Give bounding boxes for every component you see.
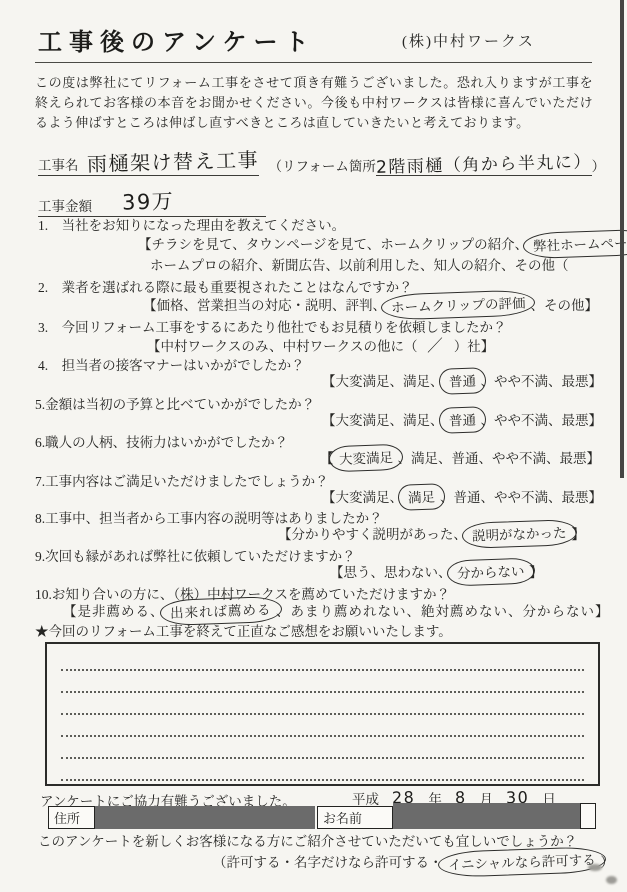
q9-options-pre: 【思う、思わない、 [330,565,452,580]
q6-options-post: 、満足、普通、やや不満、最悪】 [398,451,601,466]
question-9-options: 【思う、思わない、分からない】 [330,561,543,583]
question-10-options: 【是非薦める、出来れば薦める、あまり薦めれない、絶対薦めない、分からない】 [63,600,610,622]
scan-smudge-artifact [606,876,617,884]
q5-selected-answer: 普通 [438,406,486,434]
date-era: 平成 [352,788,379,808]
survey-document: 工事後のアンケート (株)中村ワークス この度は弊社にてリフォーム工事をさせて頂… [0,0,627,892]
q7-options-post: 、普通、やや不満、最悪】 [440,490,602,505]
work-name-row: 工事名 雨樋架け替え工事 （リフォーム箇所 2階雨樋（角から半丸に） ） [38,146,605,176]
scan-edge-artifact [620,0,624,478]
q8-options-pre: 【分かりやすく説明があった、 [278,527,467,542]
q8-selected-answer: 説明がなかった [461,519,576,549]
page-title: 工事後のアンケート [38,22,316,57]
company-name: (株)中村ワークス [402,30,535,51]
question-1-options-line1: 【チラシを見て、タウンページを見て、ホームクリップの紹介、弊社ホームページ [138,233,627,255]
q4-options-pre: 【大変満足、満足、 [322,374,444,389]
q3-options-pre: 【中村ワークスのみ、中村ワークスの他に（ [147,339,418,354]
q3-options-post: ）社】 [454,339,495,354]
question-9: 9.次回も縁があれば弊社に依頼していただけますか？ [35,545,356,565]
comment-ruled-line [61,715,584,737]
question-1: 1. 当社をお知りになった理由を教えてください。 [38,214,345,234]
reform-location-label: （リフォーム箇所 [269,158,376,176]
q10-options-pre: 【是非薦める、 [63,604,165,619]
question-3-options: 【中村ワークスのみ、中村ワークスの他に（ ／ ）社】 [147,333,494,356]
comment-ruled-line [61,649,584,671]
address-label: 住所 [48,806,95,829]
name-label: お名前 [317,806,393,829]
name-field-end-box [580,803,596,829]
permission-question: このアンケートを新しくお客様になる方にご紹介させていただいても宜しいでしょうか？ [38,833,577,851]
address-redaction-bar [95,806,315,829]
q5-options-pre: 【大変満足、満足、 [322,413,444,428]
q6-selected-answer: 大変満足 [328,444,403,473]
q2-options-post: 、その他】 [530,298,598,313]
scan-smudge-artifact [588,864,602,871]
intro-paragraph: この度は弊社にてリフォーム工事をさせて頂き有難うございました。恐れ入りますが工事… [35,73,593,133]
comment-ruled-line [61,671,584,693]
work-name-value: 雨樋架け替え工事 [86,144,259,177]
reform-location-close: ） [592,158,606,176]
question-2-options: 【価格、営業担当の対応・説明、評判、ホームクリップの評価、その他】 [143,294,598,316]
comment-lines [47,644,598,781]
work-amount-value: 39万 [122,185,175,216]
question-5-options: 【大変満足、満足、普通、やや不満、最悪】 [322,409,602,431]
name-redaction-bar [393,803,580,829]
comment-box [45,642,600,786]
question-7-options: 【大変満足、満足、普通、やや不満、最悪】 [322,486,602,508]
comment-prompt: ★今回のリフォーム工事を終えて正直なご感想をお願いいたします。 [35,620,452,640]
q5-options-post: 、やや不満、最悪】 [481,413,603,428]
question-4-options: 【大変満足、満足、普通、やや不満、最悪】 [322,370,602,392]
comment-ruled-line [61,759,584,781]
comment-ruled-line [61,737,584,759]
q4-options-post: 、やや不満、最悪】 [481,374,603,389]
header-divider [35,62,592,63]
question-2: 2. 業者を選ばれる際に最も重要視されたことはなんですか？ [38,276,413,296]
q4-selected-answer: 普通 [438,367,486,395]
permission-options-pre: （許可する・名字だけなら許可する・ [213,855,443,870]
work-name-label: 工事名 [38,157,79,175]
q7-selected-answer: 満足 [398,483,446,511]
question-5: 5.金額は当初の予算と比べていかがでしたか？ [35,393,315,413]
work-amount-row: 工事金額 39万 [38,186,266,217]
question-1-options-line2: ホームプロの紹介、新聞広告、以前利用した、知人の紹介、その他（ ）】 [150,254,627,274]
permission-options: （許可する・名字だけなら許可する・イニシャルなら許可する） [213,851,614,873]
q10-options-post: 、あまり薦めれない、絶対薦めない、分からない】 [276,604,610,619]
question-8-options: 【分かりやすく説明があった、説明がなかった】 [278,523,585,545]
question-6: 6.職人の人柄、技術力はいかがでしたか？ [35,431,288,451]
q2-options-pre: 【価格、営業担当の対応・説明、評判、 [143,298,386,313]
question-7: 7.工事内容はご満足いただけましたでしょうか？ [35,470,329,490]
q3-written-count: ／ [421,333,451,357]
question-4: 4. 担当者の接客マナーはいかがでしたか？ [38,354,305,374]
reform-location-value: 2階雨樋（角から半丸に） [376,147,592,178]
q9-selected-answer: 分からない [446,557,534,586]
q1-options-pre: 【チラシを見て、タウンページを見て、ホームクリップの紹介、 [138,237,528,252]
permission-selected-answer: イニシャルなら許可する [437,846,606,878]
comment-ruled-line [61,693,584,715]
q7-options-pre: 【大変満足、 [322,490,403,505]
question-6-options: 【大変満足、満足、普通、やや不満、最悪】 [320,447,600,469]
